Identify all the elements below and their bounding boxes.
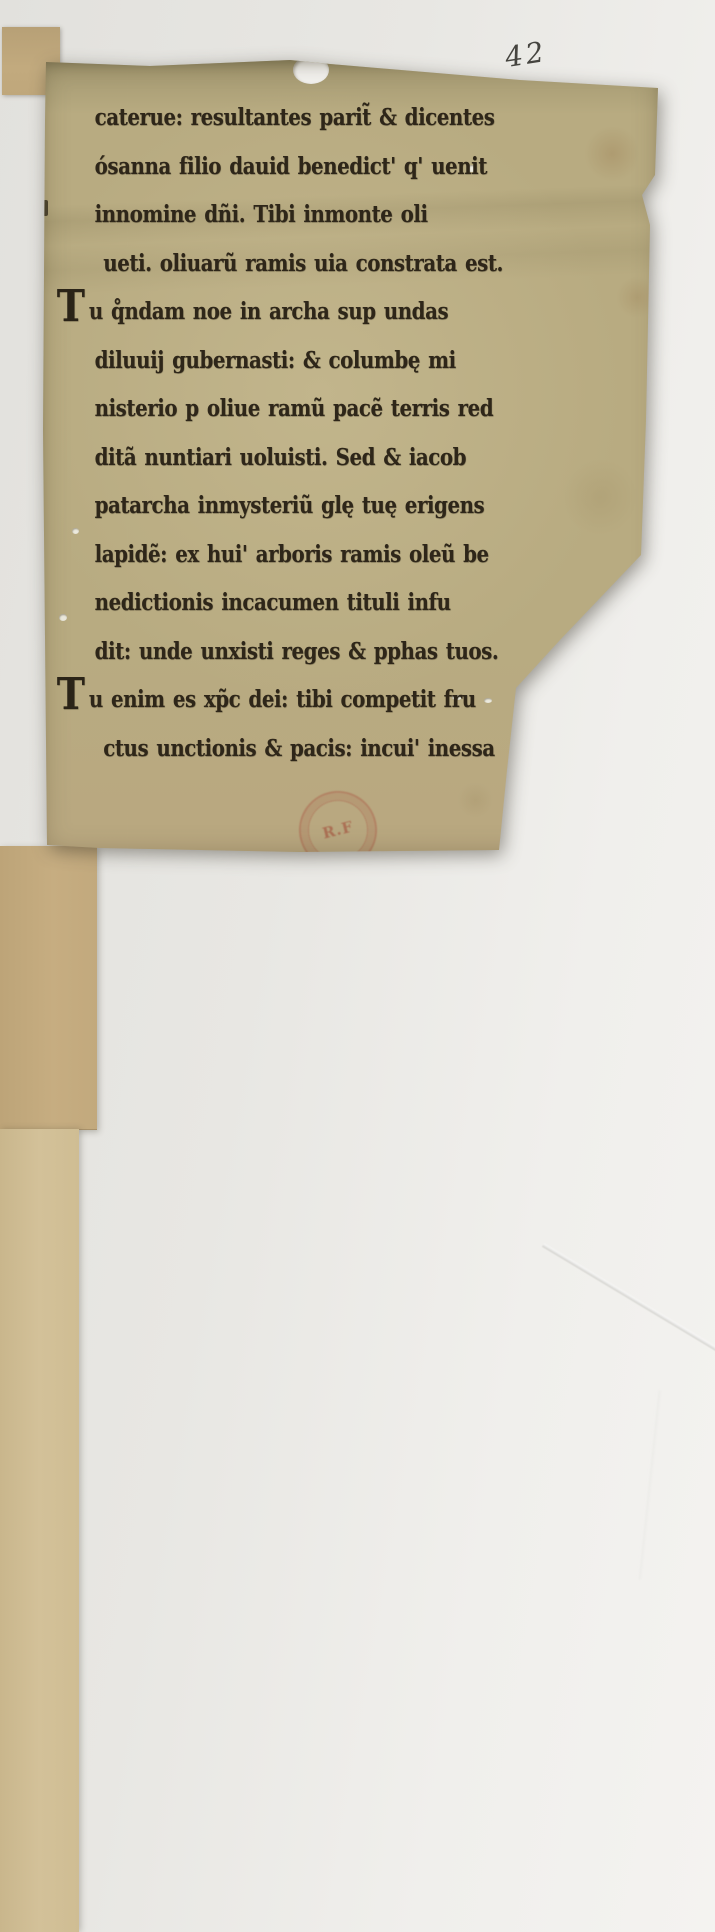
manuscript-line: nedictionis incacumen tituli infu xyxy=(74,579,504,628)
parchment-fleck xyxy=(59,614,67,621)
manuscript-line: diluuij gubernasti: & columbę mi xyxy=(74,337,504,386)
manuscript-line: dit: unde unxisti reges & pphas tuos. xyxy=(74,628,504,677)
manuscript-line: innomine dñi. Tibi inmonte oli xyxy=(74,191,504,240)
manuscript-line: ctus unctionis & pacis: incui' inessa xyxy=(74,725,504,774)
manuscript-line: ueti. oliuarũ ramis uia constrata est. xyxy=(74,240,504,289)
manuscript-line: nisterio p oliue ramũ pacẽ terris red xyxy=(74,385,504,434)
mount-board-middle xyxy=(0,846,97,1130)
manuscript-line: ósanna filio dauid benedict' q' uenit xyxy=(74,143,504,192)
manuscript-line: ditã nuntiari uoluisti. Sed & iacob xyxy=(74,434,504,483)
manuscript-line: Tu q̊ndam noe in archa sup undas xyxy=(74,288,504,337)
manuscript-line: caterue: resultantes parit̃ & dicentes xyxy=(74,94,504,143)
mount-board-bottom xyxy=(0,1129,79,1932)
ink-mark xyxy=(43,200,48,216)
background-crease xyxy=(542,1243,715,1360)
background-crease xyxy=(638,1390,660,1579)
manuscript-line: lapidẽ: ex hui' arboris ramis oleũ be xyxy=(74,531,504,580)
manuscript-line: Tu enim es xp̃c dei: tibi competit fru xyxy=(74,676,504,725)
stamp-center-text: R.F xyxy=(321,817,356,842)
parchment-leaf-wrap: caterue: resultantes parit̃ & dicentes ó… xyxy=(40,58,662,856)
manuscript-line: patarcha inmysteriũ glę tuę erigens xyxy=(74,482,504,531)
worm-hole xyxy=(293,56,329,84)
text-block: caterue: resultantes parit̃ & dicentes ó… xyxy=(74,94,504,773)
library-stamp: R.F xyxy=(291,783,386,878)
parchment-leaf: caterue: resultantes parit̃ & dicentes ó… xyxy=(40,58,662,856)
